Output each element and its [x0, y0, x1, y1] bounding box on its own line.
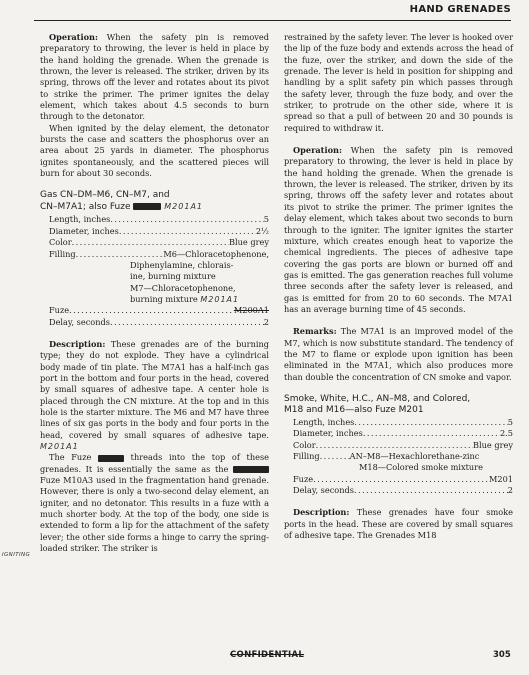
- continued-paragraph: restrained by the safety lever. The leve…: [284, 32, 513, 134]
- fuze-paragraph: The Fuze M200A1 threads into the top of …: [40, 452, 269, 554]
- spec-row-length: Length, inches5: [293, 417, 513, 428]
- page-number: 305: [493, 650, 511, 660]
- gas-section-title: Gas CN–DM–M6, CN–M7, and CN–M7A1; also F…: [40, 190, 269, 213]
- description-paragraph: Description: These grenades are of the b…: [40, 339, 269, 452]
- spec-row-color: ColorBlue grey: [293, 440, 513, 451]
- gas-spec-table: Length, inches5 Diameter, inches2½ Color…: [40, 214, 269, 327]
- spec-row-diameter: Diameter, inches2½: [49, 226, 269, 237]
- smoke-spec-table: Length, inches5 Diameter, inches2.5 Colo…: [284, 417, 513, 496]
- smoke-section-title: Smoke, White, H.C., AN–M8, and Colored, …: [284, 394, 513, 416]
- operation-paragraph: Operation: When the safety pin is remove…: [284, 145, 513, 315]
- detonator-paragraph: When ignited by the delay element, the d…: [40, 123, 269, 180]
- redaction-mark: M200A1: [133, 203, 161, 210]
- operation-paragraph: Operation: When the safety pin is remove…: [40, 32, 269, 123]
- handwritten-annotation: M201A1: [200, 295, 239, 304]
- remarks-paragraph: Remarks: The M7A1 is an improved model o…: [284, 326, 513, 383]
- spec-row-fuze: FuzeM200A1: [49, 305, 269, 316]
- spec-row-diameter: Diameter, inches2.5: [293, 428, 513, 439]
- classification-marking: CONFIDENTIAL: [230, 650, 304, 660]
- spec-row-delay: Delay, seconds2: [49, 317, 269, 328]
- redaction-mark: M200A1: [98, 455, 124, 462]
- spec-row-length: Length, inches5: [49, 214, 269, 225]
- spec-row-fuze: FuzeM201: [293, 474, 513, 485]
- redaction-mark: Detonating: [233, 466, 269, 473]
- description-paragraph: Description: These grenades have four sm…: [284, 507, 513, 541]
- page-header: HAND GRENADES: [34, 4, 511, 21]
- margin-handwritten-note: IGNITING: [2, 552, 30, 558]
- spec-row-filling: FillingM6—Chloracetophenone,: [49, 249, 269, 260]
- handwritten-annotation: M201A1: [164, 202, 203, 211]
- handwritten-annotation: M201A1: [40, 442, 79, 451]
- spec-row-color: ColorBlue grey: [49, 237, 269, 248]
- spec-row-delay: Delay, seconds2: [293, 485, 513, 496]
- spec-row-filling: FillingAN–M8—Hexachlorethane-zinc: [293, 451, 513, 462]
- right-column: restrained by the safety lever. The leve…: [284, 32, 513, 541]
- left-column: Operation: When the safety pin is remove…: [40, 32, 269, 554]
- running-head: HAND GRENADES: [410, 4, 511, 15]
